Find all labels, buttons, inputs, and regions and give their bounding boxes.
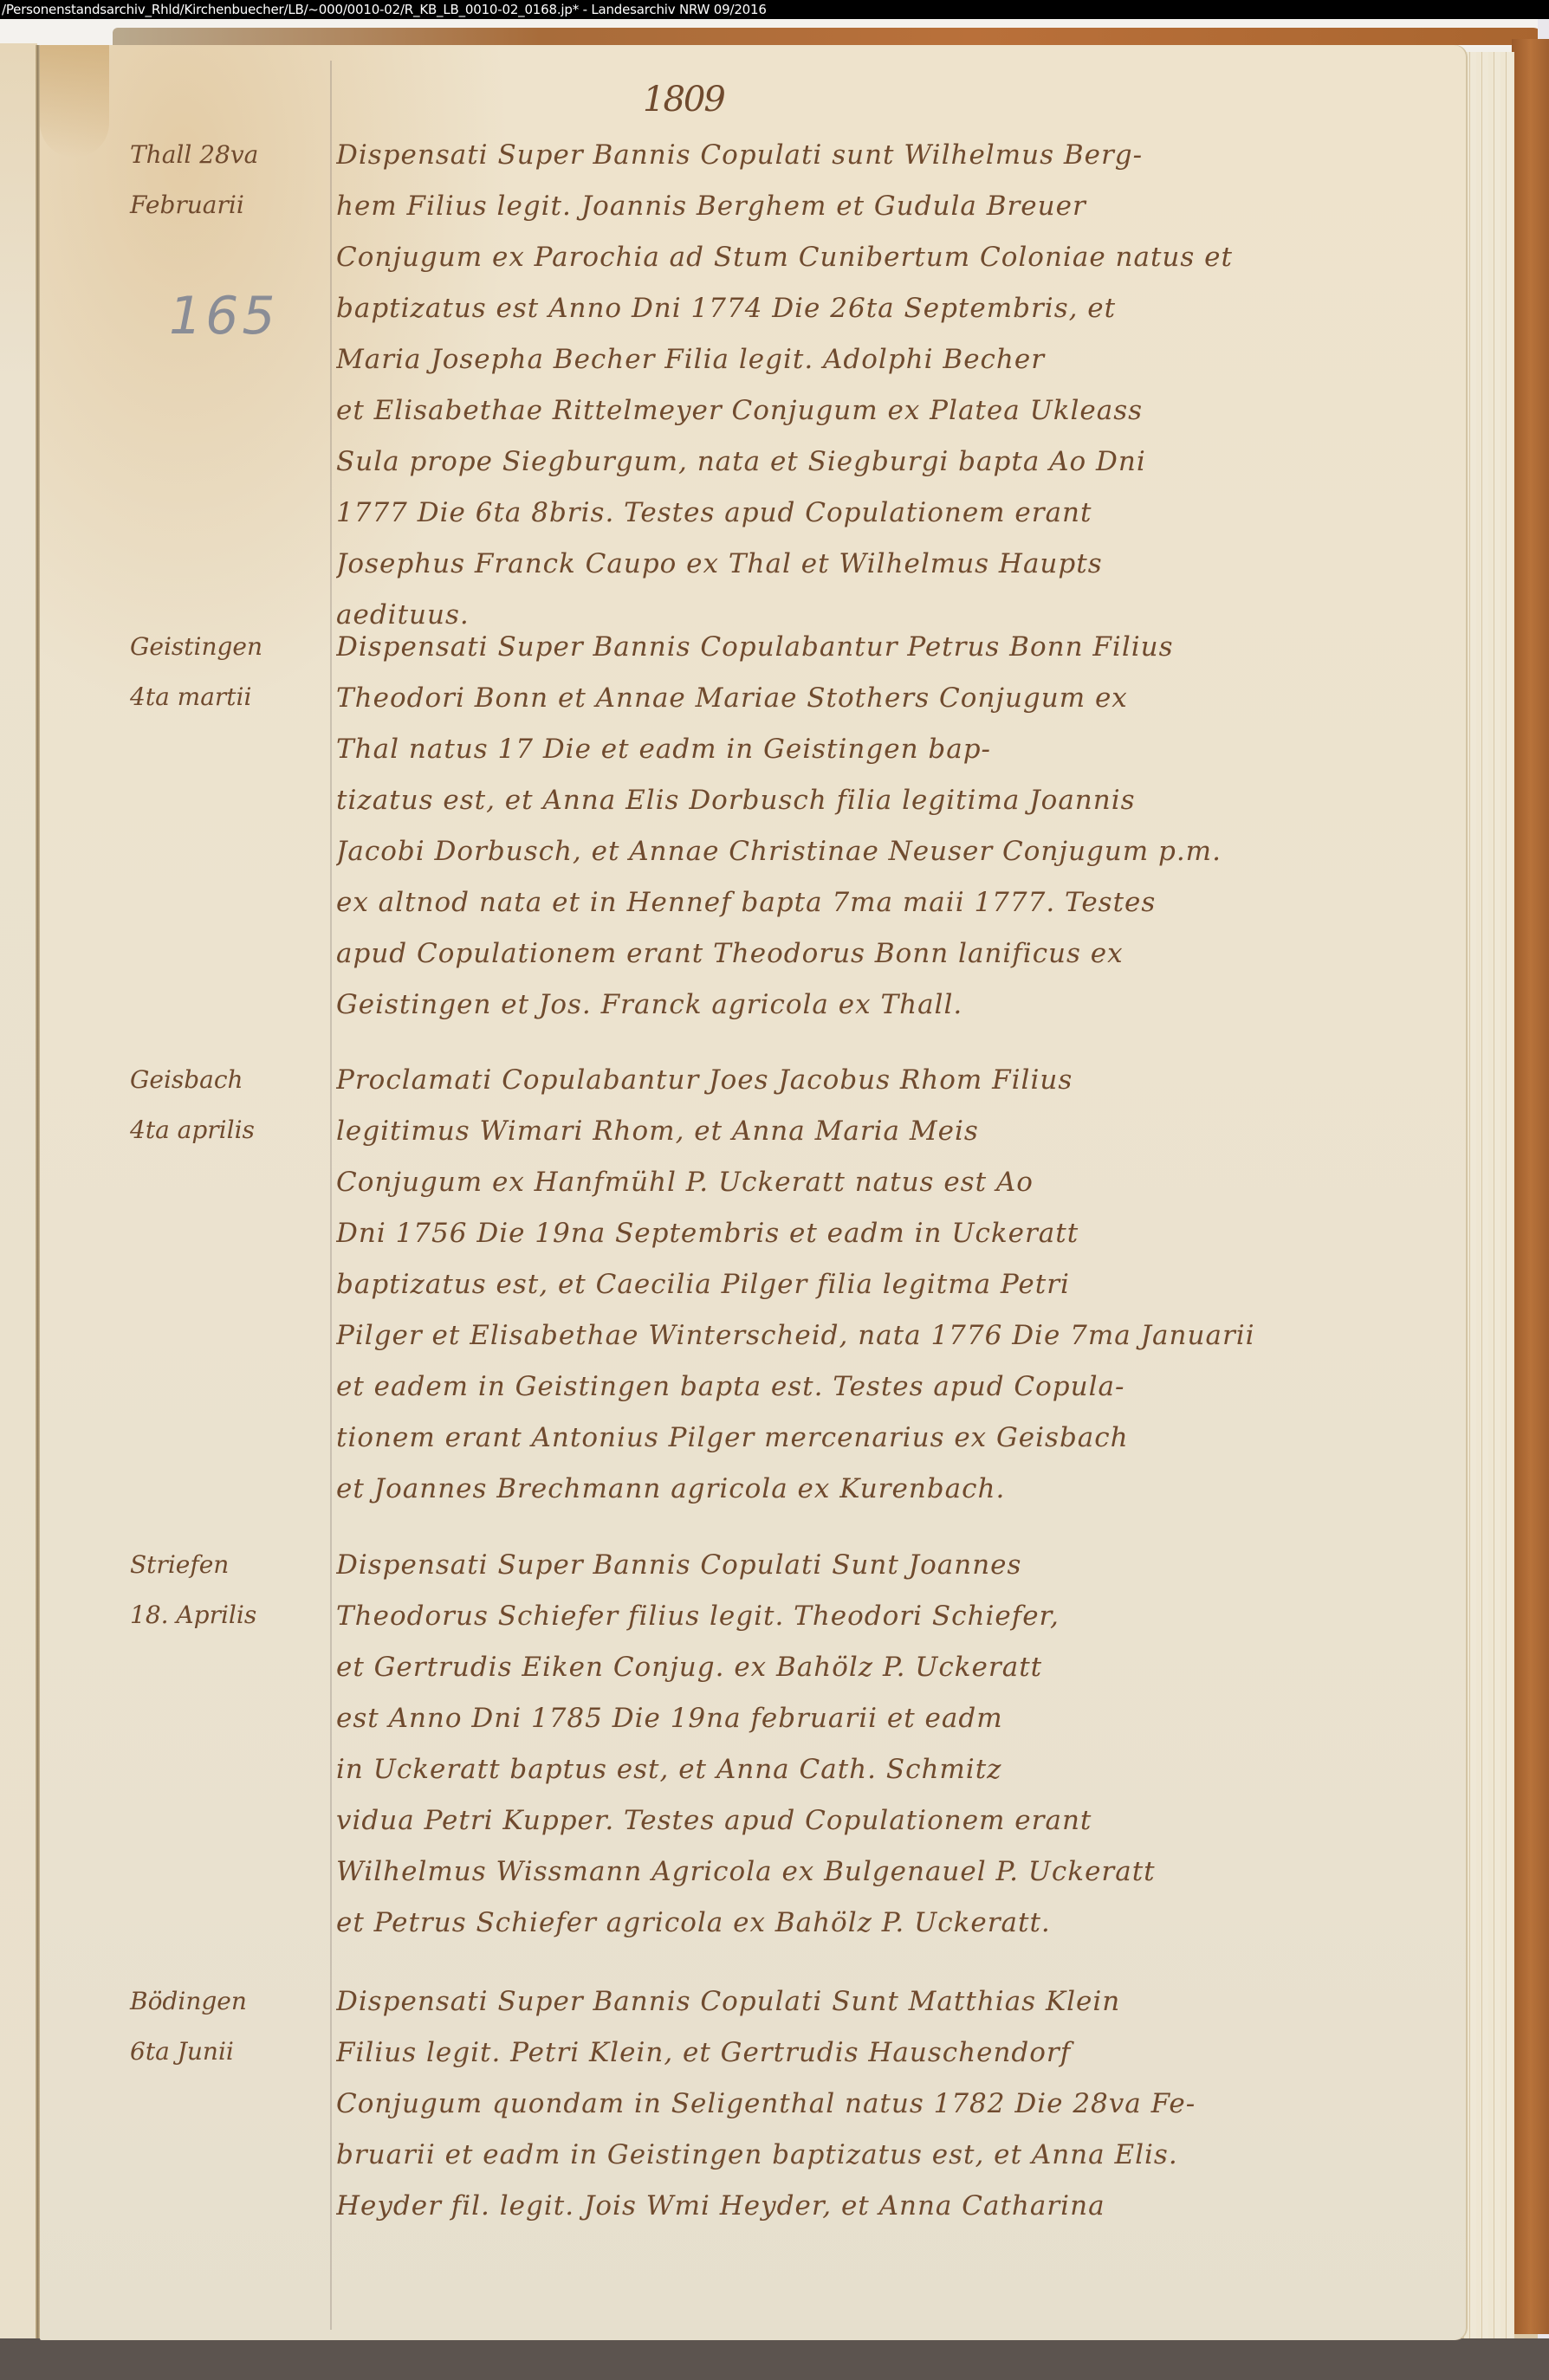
entry-line: et Gertrudis Eiken Conjug. ex Bahölz P. … <box>336 1642 1462 1693</box>
margin-note-place-date: Striefen 18. Aprilis <box>130 1540 338 1640</box>
entry-line: est Anno Dni 1785 Die 19na februarii et … <box>336 1693 1462 1744</box>
scanner-bed-bottom <box>0 2338 1549 2380</box>
entry-line: Dispensati Super Bannis Copulabantur Pet… <box>336 622 1462 673</box>
entry-line: baptizatus est Anno Dni 1774 Die 26ta Se… <box>336 283 1462 334</box>
book-binding-right <box>1512 39 1549 2334</box>
entry-line: Dispensati Super Bannis Copulati Sunt Jo… <box>336 1540 1462 1591</box>
entry-line: Pilger et Elisabethae Winterscheid, nata… <box>336 1310 1462 1361</box>
entry-line: tionem erant Antonius Pilger mercenarius… <box>336 1413 1462 1464</box>
page-stack-edge <box>1464 52 1514 2351</box>
marriage-entry: Dispensati Super Bannis Copulati sunt Wi… <box>336 130 1462 641</box>
entry-line: Dispensati Super Bannis Copulati Sunt Ma… <box>336 1976 1462 2028</box>
entry-line: Theodori Bonn et Annae Mariae Stothers C… <box>336 673 1462 724</box>
entry-line: Theodorus Schiefer filius legit. Theodor… <box>336 1591 1462 1642</box>
entry-line: et Elisabethae Rittelmeyer Conjugum ex P… <box>336 385 1462 437</box>
entry-line: et Joannes Brechmann agricola ex Kurenba… <box>336 1464 1462 1515</box>
marriage-entry: Dispensati Super Bannis Copulabantur Pet… <box>336 622 1462 1031</box>
margin-place: Geisbach <box>130 1055 338 1105</box>
entry-line: baptizatus est, et Caecilia Pilger filia… <box>336 1259 1462 1310</box>
entry-line: Proclamati Copulabantur Joes Jacobus Rho… <box>336 1055 1462 1106</box>
margin-date: 6ta Junii <box>130 2027 338 2077</box>
entry-line: Conjugum ex Parochia ad Stum Cunibertum … <box>336 232 1462 283</box>
entry-line: Conjugum quondam in Seligenthal natus 17… <box>336 2079 1462 2130</box>
entry-line: vidua Petri Kupper. Testes apud Copulati… <box>336 1795 1462 1846</box>
entry-line: et eadem in Geistingen bapta est. Testes… <box>336 1361 1462 1413</box>
entry-line: Filius legit. Petri Klein, et Gertrudis … <box>336 2028 1462 2079</box>
entry-line: Conjugum ex Hanfmühl P. Uckeratt natus e… <box>336 1157 1462 1208</box>
margin-place: Striefen <box>130 1540 338 1590</box>
margin-date: 4ta martii <box>130 672 338 722</box>
entry-line: apud Copulationem erant Theodorus Bonn l… <box>336 928 1462 980</box>
water-stain <box>40 45 109 158</box>
margin-date: Februarii <box>130 180 338 230</box>
margin-date: 18. Aprilis <box>130 1590 338 1640</box>
entry-line: Dni 1756 Die 19na Septembris et eadm in … <box>336 1208 1462 1259</box>
entry-line: et Petrus Schiefer agricola ex Bahölz P.… <box>336 1898 1462 1949</box>
book-binding-top <box>113 28 1542 45</box>
marriage-entry: Dispensati Super Bannis Copulati Sunt Jo… <box>336 1540 1462 1949</box>
margin-note-place-date: Bödingen 6ta Junii <box>130 1976 338 2077</box>
entry-line: Heyder fil. legit. Jois Wmi Heyder, et A… <box>336 2181 1462 2232</box>
entry-line: legitimus Wimari Rhom, et Anna Maria Mei… <box>336 1106 1462 1157</box>
margin-note-place-date: Geistingen 4ta martii <box>130 622 338 722</box>
entry-line: Josephus Franck Caupo ex Thal et Wilhelm… <box>336 539 1462 590</box>
entry-line: Thal natus 17 Die et eadm in Geistingen … <box>336 724 1462 775</box>
facing-page-sliver <box>0 43 37 2338</box>
entry-line: bruarii et eadm in Geistingen baptizatus… <box>336 2130 1462 2181</box>
entry-number-pencil: 165 <box>169 286 279 346</box>
window-title-bar: /Personenstandsarchiv_Rhld/Kirchenbueche… <box>0 0 1549 19</box>
margin-place: Geistingen <box>130 622 338 672</box>
entry-line: Sula prope Siegburgum, nata et Siegburgi… <box>336 437 1462 488</box>
margin-place: Thall 28va <box>130 130 338 180</box>
margin-place: Bödingen <box>130 1976 338 2027</box>
entry-line: Jacobi Dorbusch, et Annae Christinae Neu… <box>336 826 1462 877</box>
margin-note-place-date: Thall 28va Februarii <box>130 130 338 230</box>
entry-line: Geistingen et Jos. Franck agricola ex Th… <box>336 980 1462 1031</box>
entry-line: Dispensati Super Bannis Copulati sunt Wi… <box>336 130 1462 181</box>
marriage-entry: Dispensati Super Bannis Copulati Sunt Ma… <box>336 1976 1462 2232</box>
entry-line: tizatus est, et Anna Elis Dorbusch filia… <box>336 775 1462 826</box>
marriage-entry: Proclamati Copulabantur Joes Jacobus Rho… <box>336 1055 1462 1515</box>
entry-line: 1777 Die 6ta 8bris. Testes apud Copulati… <box>336 488 1462 539</box>
entry-line: hem Filius legit. Joannis Berghem et Gud… <box>336 181 1462 232</box>
entry-line: Wilhelmus Wissmann Agricola ex Bulgenaue… <box>336 1846 1462 1898</box>
entry-line: Maria Josepha Becher Filia legit. Adolph… <box>336 334 1462 385</box>
margin-note-place-date: Geisbach 4ta aprilis <box>130 1055 338 1155</box>
entry-line: ex altnod nata et in Hennef bapta 7ma ma… <box>336 877 1462 928</box>
window-title: /Personenstandsarchiv_Rhld/Kirchenbueche… <box>2 2 767 17</box>
year-heading: 1809 <box>643 80 724 120</box>
entry-line: in Uckeratt baptus est, et Anna Cath. Sc… <box>336 1744 1462 1795</box>
margin-date: 4ta aprilis <box>130 1105 338 1155</box>
